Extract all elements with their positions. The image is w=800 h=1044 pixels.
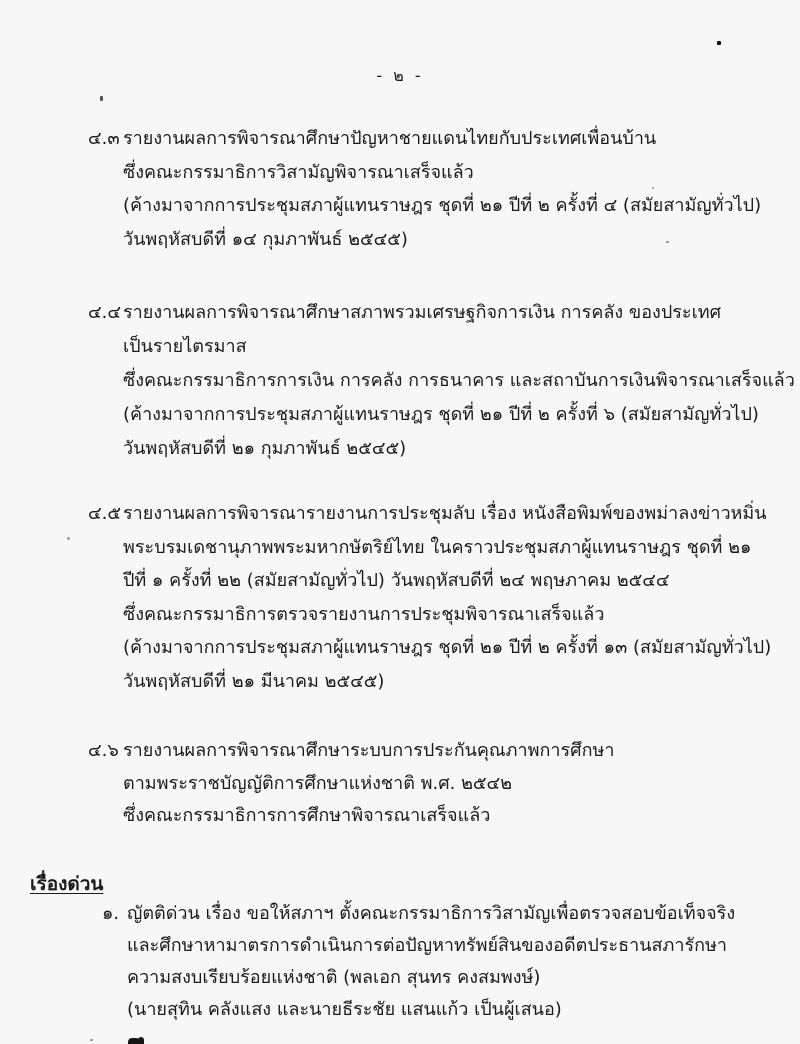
agenda-item-number: ๔.๓ (88, 122, 120, 156)
urgent-section-heading: เรื่องด่วน (30, 869, 103, 899)
scan-speck (717, 41, 721, 45)
urgent-item-number: ๑. (102, 898, 119, 930)
agenda-item-number: ๔.๕ (88, 497, 121, 531)
agenda-item-body: รายงานผลการพิจารณาศึกษาสภาพรวมเศรษฐกิจกา… (123, 296, 800, 466)
cutoff-text-fragment (128, 1037, 146, 1044)
text-line: ซึ่งคณะกรรมาธิการวิสามัญพิจารณาเสร็จแล้ว (123, 156, 800, 190)
text-line: ปีที่ ๑ ครั้งที่ ๒๒ (สมัยสามัญทั่วไป) วั… (123, 564, 800, 598)
agenda-item-number: ๔.๖ (88, 735, 119, 768)
text-line: วันพฤหัสบดีที่ ๒๑ มีนาคม ๒๕๔๕) (123, 665, 800, 699)
text-line: (นายสุทิน คลังแสง และนายธีระชัย แสนแก้ว … (127, 994, 800, 1026)
text-line: (ค้างมาจากการประชุมสภาผู้แทนราษฎร ชุดที่… (123, 398, 800, 432)
agenda-item-body: รายงานผลการพิจารณาศึกษาปัญหาชายแดนไทยกับ… (123, 122, 800, 256)
agenda-item-4-3: ๔.๓ รายงานผลการพิจารณาศึกษาปัญหาชายแดนไท… (0, 122, 800, 256)
text-line: รายงานผลการพิจารณาศึกษาปัญหาชายแดนไทยกับ… (123, 122, 800, 156)
cutoff-glyph-shape (138, 1037, 144, 1044)
urgent-item-1: ๑. ญัตติด่วน เรื่อง ขอให้สภาฯ ตั้งคณะกรร… (0, 898, 800, 1026)
scan-speck (90, 1039, 93, 1041)
agenda-item-body: รายงานผลการพิจารณาศึกษาระบบการประกันคุณภ… (123, 735, 800, 833)
text-line: และศึกษาหามาตรการดำเนินการต่อปัญหาทรัพย์… (127, 930, 800, 962)
urgent-item-body: ญัตติด่วน เรื่อง ขอให้สภาฯ ตั้งคณะกรรมาธ… (127, 898, 800, 1026)
text-line: ซึ่งคณะกรรมาธิการการเงิน การคลัง การธนาค… (123, 364, 800, 398)
text-line: ซึ่งคณะกรรมาธิการตรวจรายงานการประชุมพิจา… (123, 598, 800, 632)
agenda-item-body: รายงานผลการพิจารณารายงานการประชุมลับ เรื… (123, 497, 800, 698)
text-line: (ค้างมาจากการประชุมสภาผู้แทนราษฎร ชุดที่… (123, 631, 800, 665)
text-line: ญัตติด่วน เรื่อง ขอให้สภาฯ ตั้งคณะกรรมาธ… (127, 898, 800, 930)
text-line: รายงานผลการพิจารณาศึกษาระบบการประกันคุณภ… (123, 735, 800, 768)
text-line: ตามพระราชบัญญัติการศึกษาแห่งชาติ พ.ศ. ๒๕… (123, 768, 800, 801)
text-line: (ค้างมาจากการประชุมสภาผู้แทนราษฎร ชุดที่… (123, 189, 800, 223)
text-line: ความสงบเรียบร้อยแห่งชาติ (พลเอก สุนทร คง… (127, 962, 800, 994)
agenda-item-number: ๔.๔ (88, 296, 121, 330)
agenda-item-4-4: ๔.๔ รายงานผลการพิจารณาศึกษาสภาพรวมเศรษฐก… (0, 296, 800, 466)
page-number: - ๒ - (0, 64, 800, 89)
text-line: พระบรมเดชานุภาพพระมหากษัตริย์ไทย ในคราวป… (123, 531, 800, 565)
agenda-item-4-5: ๔.๕ รายงานผลการพิจารณารายงานการประชุมลับ… (0, 497, 800, 698)
scan-speck (100, 96, 103, 101)
scan-speck (67, 537, 70, 540)
scan-speck (652, 187, 654, 189)
scan-speck (666, 241, 669, 243)
scanned-document-page: { "page": { "number_label": "- ๒ -" }, "… (0, 0, 800, 1044)
text-line: ซึ่งคณะกรรมาธิการการศึกษาพิจารณาเสร็จแล้… (123, 800, 800, 833)
text-line: รายงานผลการพิจารณารายงานการประชุมลับ เรื… (123, 497, 800, 531)
text-line: เป็นรายไตรมาส (123, 330, 800, 364)
text-line: วันพฤหัสบดีที่ ๑๔ กุมภาพันธ์ ๒๕๔๕) (123, 223, 800, 257)
agenda-item-4-6: ๔.๖ รายงานผลการพิจารณาศึกษาระบบการประกัน… (0, 735, 800, 833)
text-line: วันพฤหัสบดีที่ ๒๑ กุมภาพันธ์ ๒๕๔๕) (123, 432, 800, 466)
text-line: รายงานผลการพิจารณาศึกษาสภาพรวมเศรษฐกิจกา… (123, 296, 800, 330)
